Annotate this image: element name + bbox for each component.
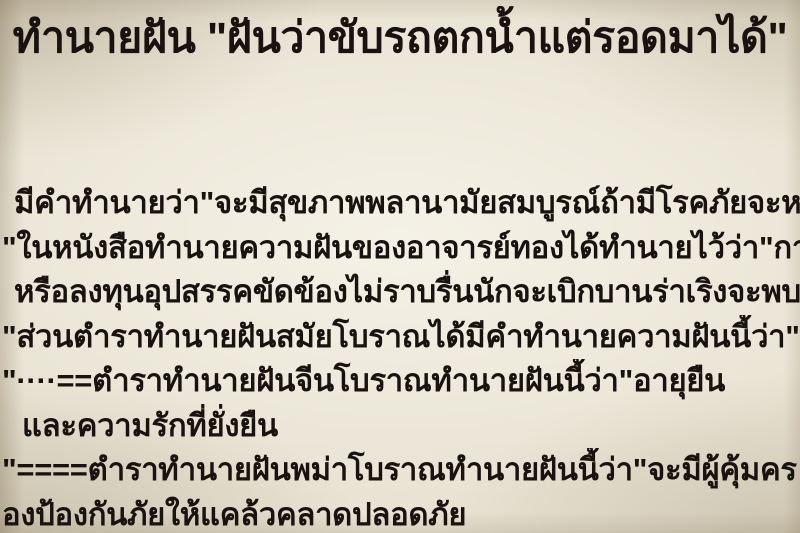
body-line-6: และความรักที่ยั่งยืน [0,404,800,449]
document-page: ทำนายฝัน "ฝันว่าขับรถตกน้ำแต่รอดมาได้" ม… [0,0,800,533]
body-line-2: "ในหนังสือทำนายความฝันของอาจารย์ทองได้ทำ… [0,226,800,271]
body-line-5: "····==ตำราทำนายฝันจีนโบราณทำนายฝันนี้ว่… [0,359,800,404]
body-line-8-partial: องป้องกันภัยให้แคล้วคลาดปลอดภัย [0,493,800,533]
body-line-4: "ส่วนตำราทำนายฝันสมัยโบราณได้มีคำทำนายคว… [0,315,800,360]
page-title: ทำนายฝัน "ฝันว่าขับรถตกน้ำแต่รอดมาได้" [0,6,800,70]
body-text: มีคำทำนายว่า"จะมีสุขภาพพลานามัยสมบูรณ์ถ้… [0,181,800,533]
body-line-3: หรือลงทุนอุปสรรคขัดข้องไม่ราบรื่นนักจะเบ… [0,270,800,315]
body-line-7: "====ตำราทำนายฝันพม่าโบราณทำนายฝันนี้ว่า… [0,448,800,493]
body-line-1: มีคำทำนายว่า"จะมีสุขภาพพลานามัยสมบูรณ์ถ้… [0,181,800,226]
